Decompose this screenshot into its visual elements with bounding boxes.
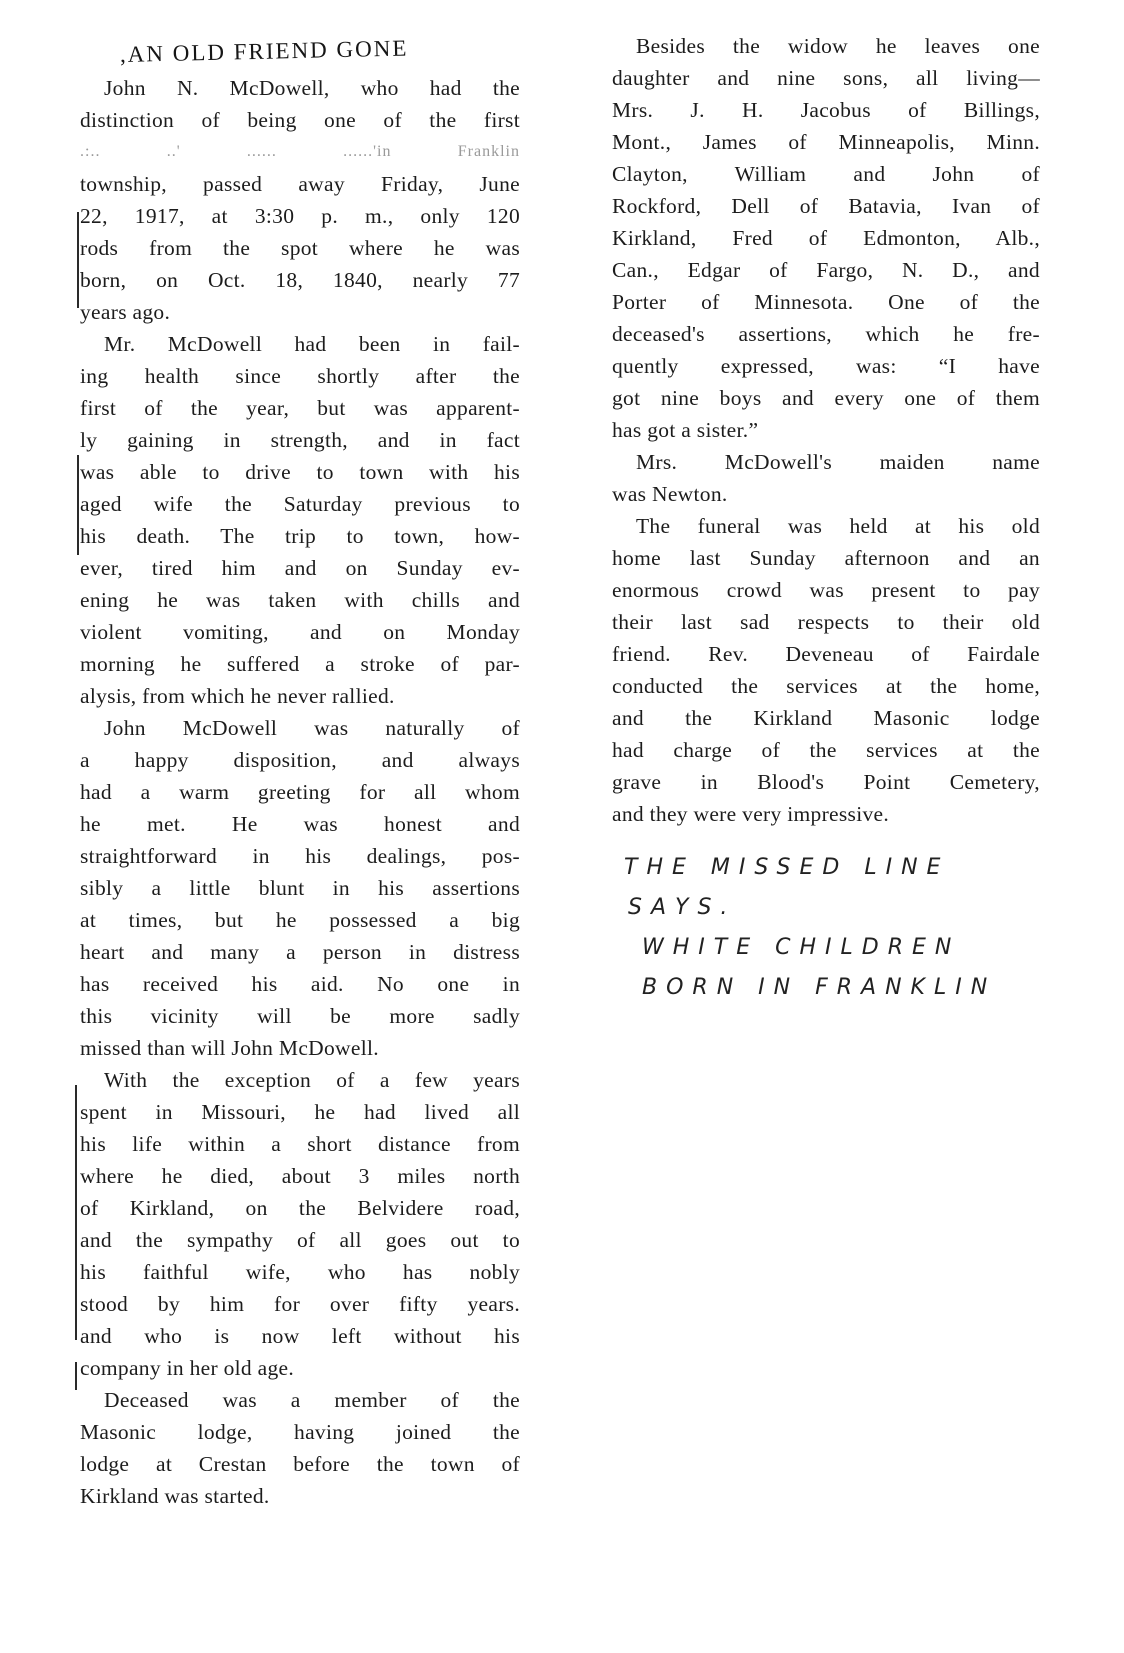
text-line: and the sympathy of all goes out to [80,1224,520,1256]
text-line: got nine boys and every one of them [612,382,1040,414]
margin-mark [75,1362,77,1390]
text-line: stood by him for over fifty years. [80,1288,520,1320]
text-line: friend. Rev. Deveneau of Fairdale [612,638,1040,670]
text-line: With the exception of a few years [80,1064,520,1096]
text-line: Porter of Minnesota. One of the [612,286,1040,318]
left-column: ,AN OLD FRIEND GONE John N. McDowell, wh… [80,30,520,1512]
text-line: The funeral was held at his old [612,510,1040,542]
left-column-body: John N. McDowell, who had thedistinction… [80,72,520,1512]
text-line: missed than will John McDowell. [80,1032,520,1064]
text-line: morning he suffered a stroke of par- [80,648,520,680]
text-line: enormous crowd was present to pay [612,574,1040,606]
text-line: born, on Oct. 18, 1840, nearly 77 [80,264,520,296]
handwritten-line: BORN IN FRANKLIN [624,968,1040,1008]
text-line: has received his aid. No one in [80,968,520,1000]
text-line: grave in Blood's Point Cemetery, [612,766,1040,798]
text-line: ing health since shortly after the [80,360,520,392]
text-line: Besides the widow he leaves one [612,30,1040,62]
text-line: at times, but he possessed a big [80,904,520,936]
text-line: Kirkland, Fred of Edmonton, Alb., [612,222,1040,254]
text-line: his life within a short distance from [80,1128,520,1160]
text-line: Mont., James of Minneapolis, Minn. [612,126,1040,158]
text-line: deceased's assertions, which he fre- [612,318,1040,350]
text-line: had a warm greeting for all whom [80,776,520,808]
text-line: alysis, from which he never rallied. [80,680,520,712]
text-line: John N. McDowell, who had the [80,72,520,104]
text-line: sibly a little blunt in his assertions [80,872,520,904]
text-line: lodge at Crestan before the town of [80,1448,520,1480]
right-column: Besides the widow he leaves onedaughter … [612,30,1040,1008]
text-line: Rockford, Dell of Batavia, Ivan of [612,190,1040,222]
newspaper-clipping-page: ,AN OLD FRIEND GONE John N. McDowell, wh… [0,0,1124,1653]
text-line: distinction of being one of the first [80,104,520,136]
text-line: years ago. [80,296,520,328]
text-line: this vicinity will be more sadly [80,1000,520,1032]
handwritten-note: THE MISSED LINE SAYS. WHITE CHILDREN BOR… [624,848,1040,1008]
text-line: had charge of the services at the [612,734,1040,766]
text-line: ening he was taken with chills and [80,584,520,616]
text-line: township, passed away Friday, June [80,168,520,200]
text-line: a happy disposition, and always [80,744,520,776]
text-line: Can., Edgar of Fargo, N. D., and [612,254,1040,286]
text-line: has got a sister.” [612,414,1040,446]
faded-text-line: .:.. ..' ...... ......'in Franklin [80,136,520,168]
text-line: heart and many a person in distress [80,936,520,968]
text-line: his faithful wife, who has nobly [80,1256,520,1288]
text-line: Masonic lodge, having joined the [80,1416,520,1448]
text-line: ly gaining in strength, and in fact [80,424,520,456]
text-line: John McDowell was naturally of [80,712,520,744]
handwritten-line: THE MISSED LINE [624,848,1040,888]
text-line: and they were very impressive. [612,798,1040,830]
text-line: rods from the spot where he was [80,232,520,264]
text-line: their last sad respects to their old [612,606,1040,638]
text-line: of Kirkland, on the Belvidere road, [80,1192,520,1224]
text-line: company in her old age. [80,1352,520,1384]
text-line: conducted the services at the home, [612,670,1040,702]
handwritten-line: SAYS. [624,888,1040,928]
text-line: and the Kirkland Masonic lodge [612,702,1040,734]
text-line: quently expressed, was: “I have [612,350,1040,382]
text-line: Mr. McDowell had been in fail- [80,328,520,360]
handwritten-line: WHITE CHILDREN [624,928,1040,968]
text-line: and who is now left without his [80,1320,520,1352]
text-line: he met. He was honest and [80,808,520,840]
text-line: his death. The trip to town, how- [80,520,520,552]
margin-mark [77,455,79,555]
text-line: where he died, about 3 miles north [80,1160,520,1192]
headline: ,AN OLD FRIEND GONE [120,33,520,68]
text-line: violent vomiting, and on Monday [80,616,520,648]
text-line: 22, 1917, at 3:30 p. m., only 120 [80,200,520,232]
text-line: first of the year, but was apparent- [80,392,520,424]
text-line: ever, tired him and on Sunday ev- [80,552,520,584]
text-line: Mrs. McDowell's maiden name [612,446,1040,478]
margin-mark [77,212,79,308]
text-line: daughter and nine sons, all living— [612,62,1040,94]
text-line: Deceased was a member of the [80,1384,520,1416]
text-line: Mrs. J. H. Jacobus of Billings, [612,94,1040,126]
text-line: straightforward in his dealings, pos- [80,840,520,872]
right-column-body: Besides the widow he leaves onedaughter … [612,30,1040,830]
text-line: Clayton, William and John of [612,158,1040,190]
margin-mark [75,1085,77,1340]
text-line: was able to drive to town with his [80,456,520,488]
text-line: spent in Missouri, he had lived all [80,1096,520,1128]
text-line: aged wife the Saturday previous to [80,488,520,520]
text-line: was Newton. [612,478,1040,510]
text-line: Kirkland was started. [80,1480,520,1512]
text-line: home last Sunday afternoon and an [612,542,1040,574]
